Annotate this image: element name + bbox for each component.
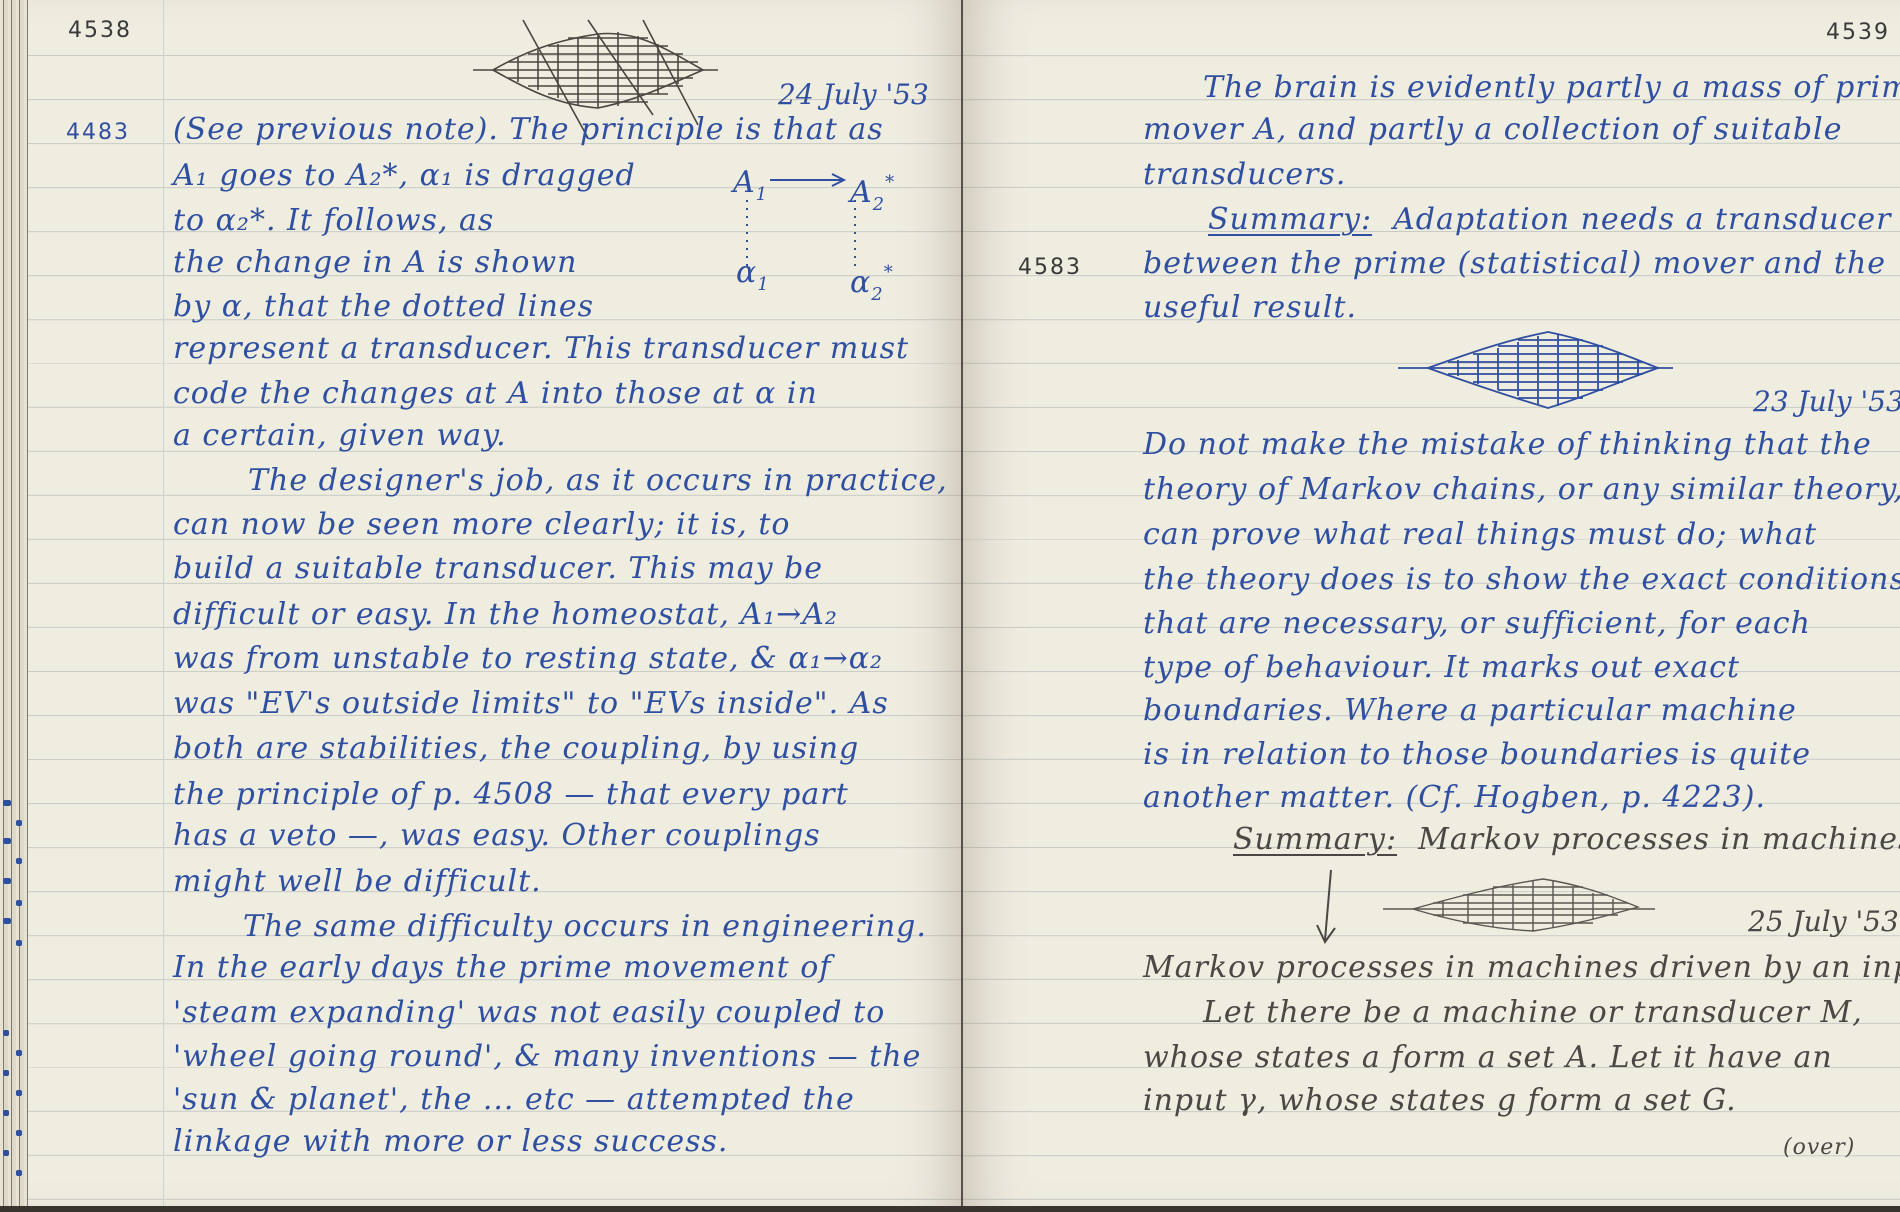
text-line: The same difficulty occurs in engineerin… [243, 909, 927, 945]
text-line: 'sun & planet', the ... etc — attempted … [173, 1082, 855, 1118]
text-line: whose states a form a set A. Let it have… [1143, 1040, 1833, 1076]
text-line: the theory does is to show the exact con… [1143, 562, 1900, 598]
bottom-edge [0, 1206, 1900, 1212]
down-arrow-icon [1313, 870, 1343, 950]
text-line: boundaries. Where a particular machine [1143, 693, 1797, 729]
text-line: is in relation to those boundaries is qu… [1143, 737, 1811, 773]
text-line: linkage with more or less success. [173, 1124, 728, 1160]
text-line: can prove what real things must do; what [1143, 517, 1817, 553]
summary-label: Summary: [1233, 822, 1397, 857]
text-line: that are necessary, or sufficient, for e… [1143, 606, 1811, 642]
entry-date: 24 July '53 [778, 78, 929, 111]
text-line: The designer's job, as it occurs in prac… [248, 463, 948, 499]
page-number: 4538 [68, 18, 132, 43]
text-line: might well be difficult. [173, 864, 542, 900]
text-line: Markov processes in machines driven by a… [1143, 950, 1900, 986]
text-line: useful result. [1143, 290, 1357, 326]
text-line: a certain, given way. [173, 418, 507, 454]
right-page: 4539 The brain is evidently partly a mas… [963, 0, 1900, 1206]
hatched-spindle-sketch-pencil [1383, 875, 1663, 935]
text-line: Let there be a machine or transducer M, [1203, 995, 1863, 1031]
text-line: represent a transducer. This transducer … [173, 331, 909, 367]
text-line: theory of Markov chains, or any similar … [1143, 472, 1900, 508]
text-line: to α₂*. It follows, as [173, 203, 494, 239]
text-line: both are stabilities, the coupling, by u… [173, 731, 859, 767]
summary-line: Summary: Markov processes in machines. [1233, 822, 1900, 858]
diagram-label-alpha1: α1 [736, 255, 770, 303]
edge-ink-marks [3, 0, 25, 1212]
text-line: 'wheel going round', & many inventions —… [173, 1039, 921, 1075]
text-line: the change in A is shown [173, 245, 577, 281]
text-line: Do not make the mistake of thinking that… [1143, 427, 1872, 463]
text-line: was "EV's outside limits" to "EVs inside… [173, 686, 889, 722]
arrow-icon [770, 170, 850, 190]
text-line: the principle of p. 4508 — that every pa… [173, 777, 849, 813]
text-line: type of behaviour. It marks out exact [1143, 650, 1740, 686]
text-line: The brain is evidently partly a mass of … [1203, 70, 1900, 106]
summary-line: Summary: Adaptation needs a transducer [1208, 202, 1891, 238]
page-edges [0, 0, 28, 1212]
entry-date: 23 July '53 [1753, 385, 1900, 418]
text-line: between the prime (statistical) mover an… [1143, 246, 1886, 282]
text-line: (See previous note). The principle is th… [173, 112, 884, 148]
page-number: 4539 [1826, 20, 1890, 45]
text-line: mover A, and partly a collection of suit… [1143, 112, 1842, 148]
left-page: 4538 24 July '53 4483 A1 A2* α1 α2* (See… [28, 0, 962, 1206]
summary-label: Summary: [1208, 202, 1372, 237]
margin-reference: 4483 [66, 120, 130, 145]
text-line: input γ, whose states g form a set G. [1143, 1083, 1737, 1119]
text-line: 'steam expanding' was not easily coupled… [173, 995, 885, 1031]
margin-line [163, 0, 164, 1206]
text-line: code the changes at A into those at α in [173, 376, 818, 412]
text-line: has a veto —, was easy. Other couplings [173, 818, 821, 854]
entry-date: 25 July '53 [1748, 905, 1899, 938]
text-line: can now be seen more clearly; it is, to [173, 507, 790, 543]
text-line: build a suitable transducer. This may be [173, 551, 823, 587]
text-line: another matter. (Cf. Hogben, p. 4223). [1143, 780, 1766, 816]
diagram-label-alpha2-star: α2* [850, 255, 894, 313]
text-line: A₁ goes to A₂*, α₁ is dragged [173, 158, 636, 194]
text-line: difficult or easy. In the homeostat, A₁→… [173, 597, 838, 633]
text-line: was from unstable to resting state, & α₁… [173, 641, 883, 677]
text-line: transducers. [1143, 157, 1346, 193]
margin-reference: 4583 [1018, 255, 1082, 280]
over-note: (over) [1783, 1130, 1855, 1166]
hatched-spindle-sketch-blue [1398, 330, 1678, 420]
text-line: In the early days the prime movement of [173, 950, 831, 986]
text-line: by α, that the dotted lines [173, 289, 594, 325]
notebook-spread: 4538 24 July '53 4483 A1 A2* α1 α2* (See… [0, 0, 1900, 1212]
